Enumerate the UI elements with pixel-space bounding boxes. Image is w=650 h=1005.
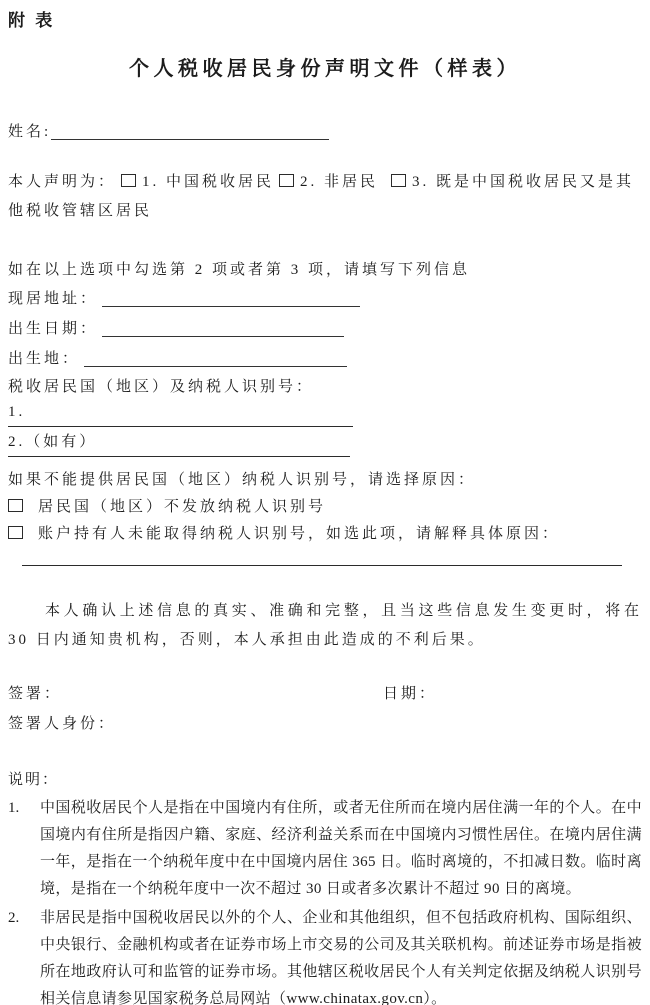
note-item-1-text: 中国税收居民个人是指在中国境内有住所，或者无住所而在境内居住满一年的个人。在中国… <box>40 795 642 903</box>
declaration-line: 本人声明为：1. 中国税收居民2. 非居民3. 既是中国税收居民又是其他税收管辖… <box>8 168 642 226</box>
birth-date-row: 出生日期： <box>8 314 642 344</box>
signature-row: 签署： 日期： <box>8 681 642 707</box>
reason-option-2-label: 账户持有人未能取得纳税人识别号，如选此项，请解释具体原因： <box>38 526 560 542</box>
notes-heading: 说明： <box>8 767 642 793</box>
birth-place-label: 出生地： <box>8 351 80 367</box>
reason-option-row-1: 居民国（地区）不发放纳税人识别号 <box>8 494 642 521</box>
signer-identity-label: 签署人身份： <box>8 716 116 732</box>
birth-date-blank-line <box>102 336 344 337</box>
checkbox-icon-non-resident <box>279 174 294 187</box>
tin-heading: 税收居民国（地区）及纳税人识别号： <box>8 374 642 401</box>
note-item-2-number: 2. <box>8 905 40 1005</box>
note-item-1: 1. 中国税收居民个人是指在中国境内有住所，或者无住所而在境内居住满一年的个人。… <box>8 795 642 903</box>
checkbox-icon-both-resident <box>391 174 406 187</box>
declaration-prefix: 本人声明为： <box>8 174 116 190</box>
reason-option-1-label: 居民国（地区）不发放纳税人识别号 <box>38 499 326 515</box>
checkbox-icon-china-resident <box>121 174 136 187</box>
tin-line-2: 2.（如有） <box>8 431 350 457</box>
signer-identity-row: 签署人身份： <box>8 711 642 737</box>
reason-option-row-2: 账户持有人未能取得纳税人识别号，如选此项，请解释具体原因： <box>8 521 642 548</box>
notes-section: 说明： 1. 中国税收居民个人是指在中国境内有住所，或者无住所而在境内居住满一年… <box>8 767 642 1005</box>
document-page: 附 表 个人税收居民身份声明文件（样表） 姓名: 本人声明为：1. 中国税收居民… <box>0 0 650 1005</box>
birth-date-label: 出生日期： <box>8 321 98 337</box>
corner-label: 附 表 <box>8 10 642 32</box>
current-address-label: 现居地址： <box>8 291 98 307</box>
birth-place-blank-line <box>84 366 347 367</box>
tin-line-1: 1. <box>8 401 353 427</box>
name-blank-line <box>51 139 329 140</box>
name-field-row: 姓名: <box>8 122 642 142</box>
current-address-blank-line <box>102 306 360 307</box>
signature-label: 签署： <box>8 686 62 702</box>
explanation-blank-line <box>22 565 622 566</box>
date-label: 日期： <box>383 681 437 707</box>
current-address-row: 现居地址： <box>8 284 642 314</box>
tin-line-2-prefix: 2.（如有） <box>8 434 97 450</box>
birth-place-row: 出生地： <box>8 344 642 374</box>
checkbox-icon-no-tin-issued <box>8 499 23 512</box>
declaration-option-2: 2. 非居民 <box>300 174 378 190</box>
declaration-option-1: 1. 中国税收居民 <box>142 174 274 190</box>
note-item-2: 2. 非居民是指中国税收居民以外的个人、企业和其他组织，但不包括政府机构、国际组… <box>8 905 642 1005</box>
name-label: 姓名: <box>8 124 51 140</box>
confirmation-paragraph: 本人确认上述信息的真实、准确和完整，且当这些信息发生变更时，将在 30 日内通知… <box>8 597 642 655</box>
note-item-1-number: 1. <box>8 795 40 903</box>
page-title: 个人税收居民身份声明文件（样表） <box>8 56 642 82</box>
note-item-2-text: 非居民是指中国税收居民以外的个人、企业和其他组织，但不包括政府机构、国际组织、中… <box>40 905 642 1005</box>
no-tin-reason-question: 如果不能提供居民国（地区）纳税人识别号，请选择原因： <box>8 466 642 494</box>
tin-line-1-prefix: 1. <box>8 404 25 420</box>
fill-instruction: 如在以上选项中勾选第 2 项或者第 3 项，请填写下列信息 <box>8 256 642 284</box>
checkbox-icon-unable-to-obtain-tin <box>8 526 23 539</box>
